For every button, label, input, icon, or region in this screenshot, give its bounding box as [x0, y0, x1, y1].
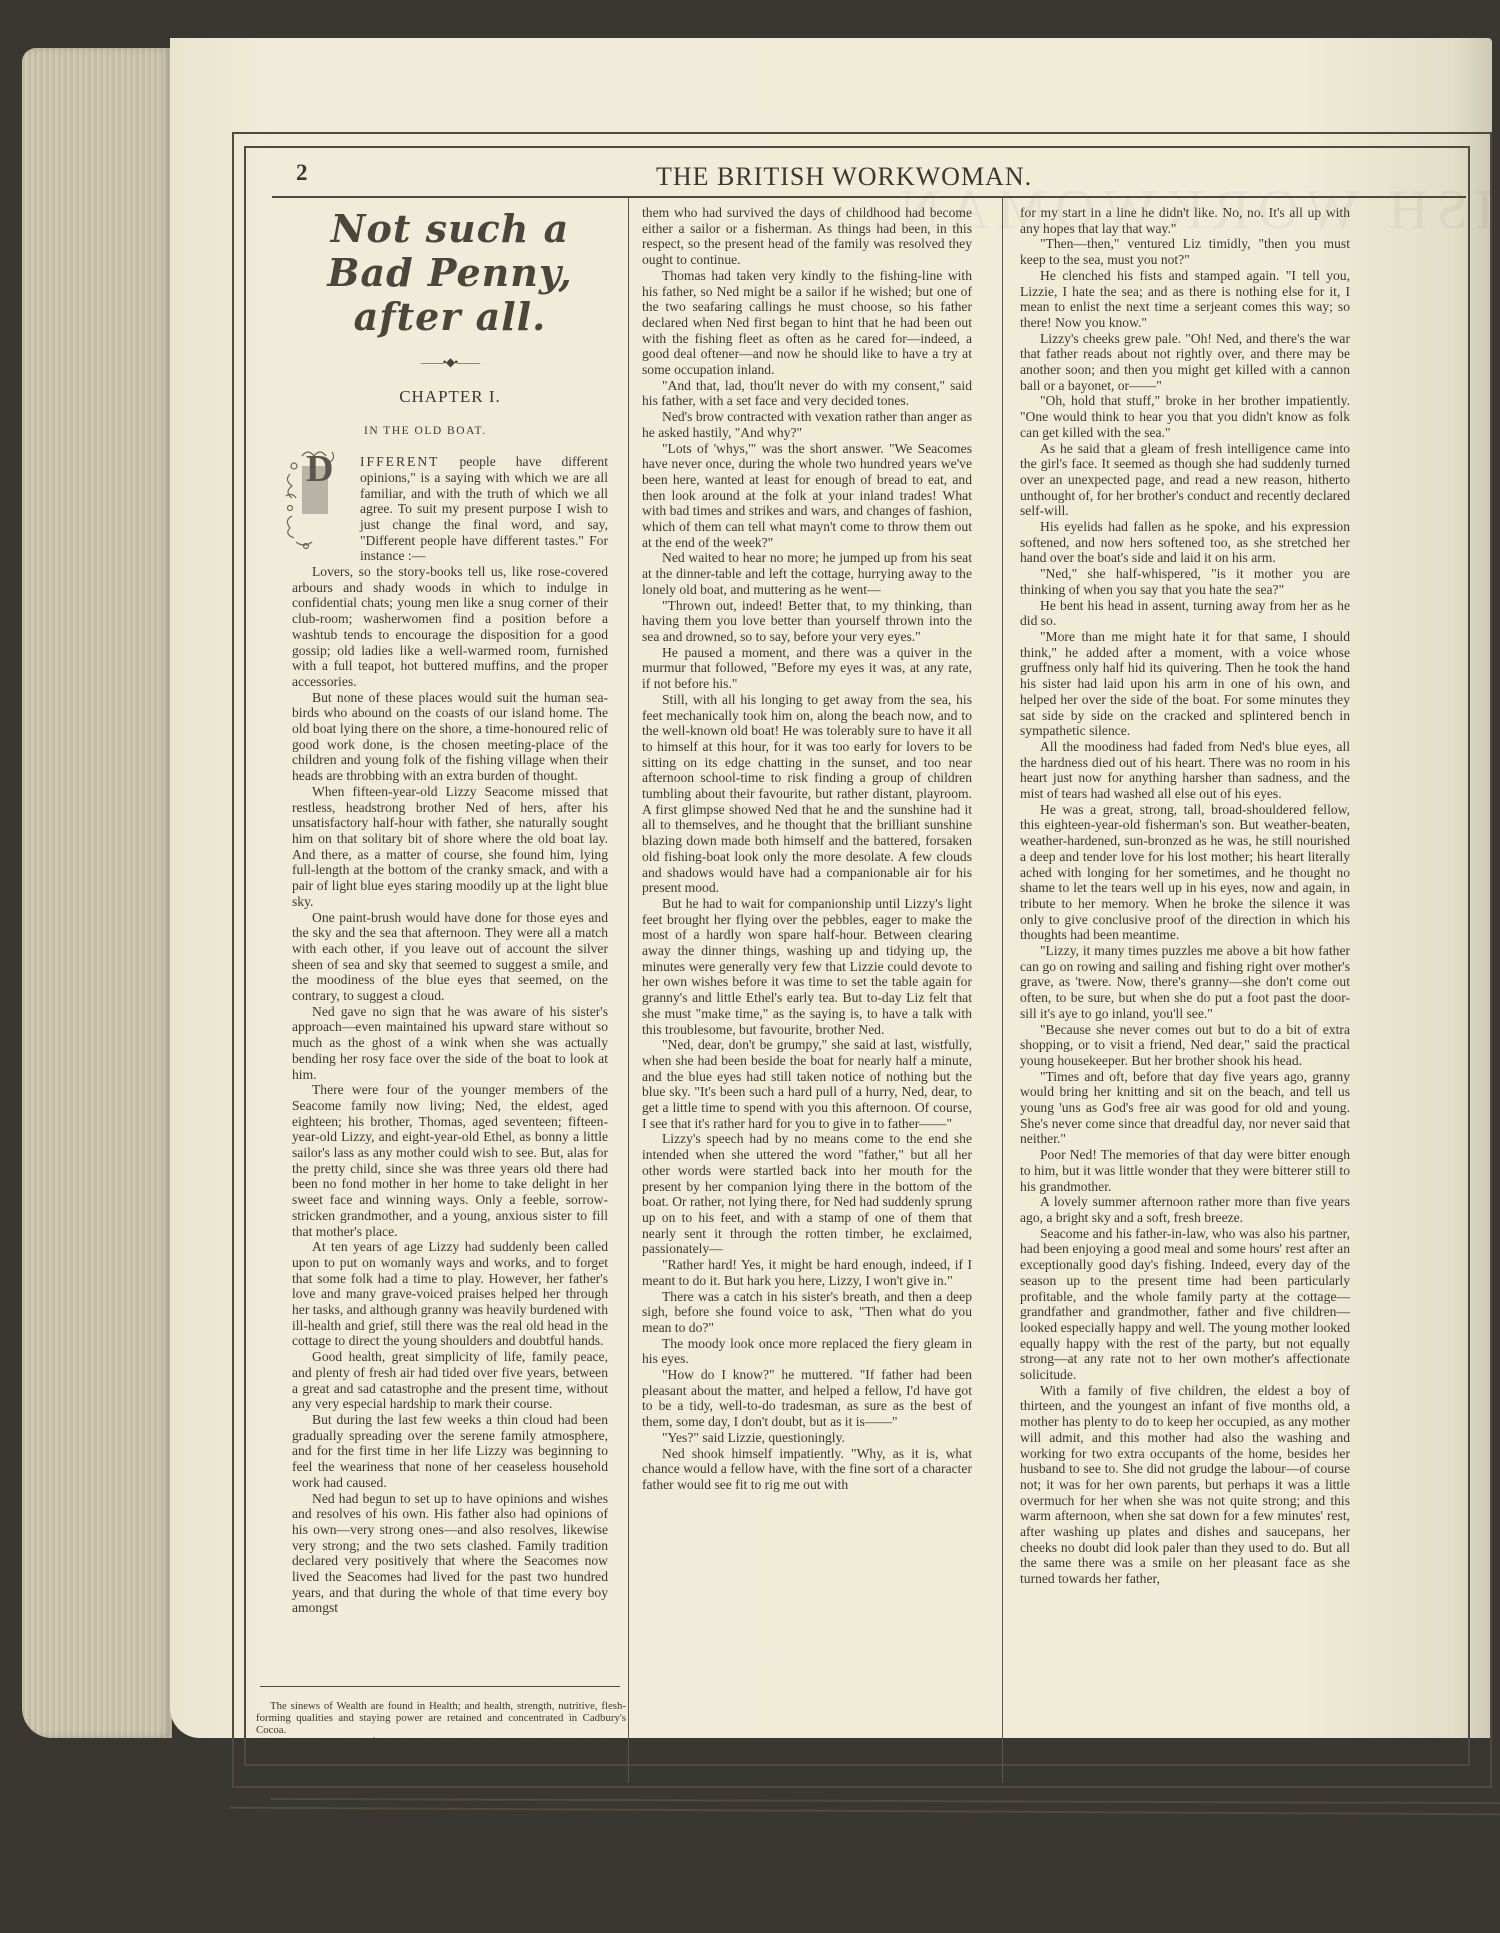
dropcap-letter: D	[306, 462, 333, 478]
paragraph: But none of these places would suit the …	[292, 690, 608, 784]
story-title: Not such a Bad Penny, after all.	[292, 207, 608, 339]
paragraph: Lizzy's speech had by no means come to t…	[642, 1131, 972, 1257]
chapter-heading: CHAPTER I.	[292, 389, 608, 405]
paragraph: Seacome and his father-in-law, who was a…	[1020, 1226, 1350, 1383]
paragraph: He bent his head in assent, turning away…	[1020, 598, 1350, 629]
paragraph: At ten years of age Lizzy had suddenly b…	[292, 1239, 608, 1349]
column-divider	[628, 198, 629, 1783]
paragraph: When fifteen-year-old Lizzy Seacome miss…	[292, 784, 608, 910]
paragraph: Ned gave no sign that he was aware of hi…	[292, 1004, 608, 1083]
paragraph: "Yes?" said Lizzie, questioningly.	[642, 1430, 972, 1446]
paragraph: Ned waited to hear no more; he jumped up…	[642, 550, 972, 597]
paragraph: "Lizzy, it many times puzzles me above a…	[1020, 943, 1350, 1022]
paragraph: Thomas had taken very kindly to the fish…	[642, 268, 972, 378]
first-words: IFFERENT	[360, 454, 439, 469]
paragraph: "Thrown out, indeed! Better that, to my …	[642, 598, 972, 645]
paragraph: One paint-brush would have done for thos…	[292, 910, 608, 1004]
story-title-line1: Not such a Bad Penny,	[292, 207, 608, 295]
advert-paragraph: The sinews of Wealth are found in Health…	[256, 1700, 626, 1736]
paragraph: "Ned, dear, don't be grumpy," she said a…	[642, 1037, 972, 1131]
paragraph: But he had to wait for companionship unt…	[642, 896, 972, 1037]
paragraph: As he said that a gleam of fresh intelli…	[1020, 441, 1350, 520]
story-title-line2: after all.	[292, 295, 608, 339]
paragraph: He paused a moment, and there was a quiv…	[642, 645, 972, 692]
paragraph: Lovers, so the story-books tell us, like…	[292, 564, 608, 690]
column-divider	[1002, 198, 1003, 1783]
paragraph: for my start in a line he didn't like. N…	[1020, 205, 1350, 236]
paragraph: Still, with all his longing to get away …	[642, 692, 972, 896]
cocoa-advertisement: The sinews of Wealth are found in Health…	[256, 1700, 626, 1760]
paragraph: There was a catch in his sister's breath…	[642, 1289, 972, 1336]
paragraph: "And that, lad, thou'lt never do with my…	[642, 378, 972, 409]
paragraph: All the moodiness had faded from Ned's b…	[1020, 739, 1350, 802]
paragraph: He was a great, strong, tall, broad-shou…	[1020, 802, 1350, 943]
paragraph: Ned shook himself impatiently. "Why, as …	[642, 1446, 972, 1493]
paragraph: Ned had begun to set up to have opinions…	[292, 1491, 608, 1617]
header-rule	[272, 196, 1466, 198]
footer-rule	[270, 1798, 1500, 1804]
paragraph: "Times and oft, before that day five yea…	[1020, 1069, 1350, 1148]
advert-rule	[260, 1686, 620, 1687]
column-1: Not such a Bad Penny, after all. ——•◆•——…	[292, 205, 608, 1616]
paragraph: them who had survived the days of childh…	[642, 205, 972, 268]
running-header: 2 THE BRITISH WORKWOMAN.	[296, 160, 1446, 196]
column-3: for my start in a line he didn't like. N…	[1020, 205, 1350, 1587]
ornamental-dropcap-icon: D	[282, 446, 354, 556]
paragraph: His eyelids had fallen as he spoke, and …	[1020, 519, 1350, 566]
paragraph: "Rather hard! Yes, it might be hard enou…	[642, 1257, 972, 1288]
paragraph: There were four of the younger members o…	[292, 1082, 608, 1239]
paragraph: Good health, great simplicity of life, f…	[292, 1349, 608, 1412]
column-2: them who had survived the days of childh…	[642, 205, 972, 1493]
footer-rule	[230, 1807, 1500, 1816]
paragraph: "Ned," she half-whispered, "is it mother…	[1020, 566, 1350, 597]
paragraph: He clenched his fists and stamped again.…	[1020, 268, 1350, 331]
paragraph: "More than me might hate it for that sam…	[1020, 629, 1350, 739]
paragraph: "Lots of 'whys,'" was the short answer. …	[642, 441, 972, 551]
paragraph: Poor Ned! The memories of that day were …	[1020, 1147, 1350, 1194]
paragraph-text: people have different opinions," is a sa…	[360, 454, 608, 563]
paragraph: Lizzy's cheeks grew pale. "Oh! Ned, and …	[1020, 331, 1350, 394]
paragraph: The moody look once more replaced the fi…	[642, 1336, 972, 1367]
ornament-divider: ——•◆•——	[292, 355, 608, 371]
page-number: 2	[296, 160, 308, 186]
paragraph: "How do I know?" he muttered. "If father…	[642, 1367, 972, 1430]
paragraph: But during the last few weeks a thin clo…	[292, 1412, 608, 1491]
paragraph: A lovely summer afternoon rather more th…	[1020, 1194, 1350, 1225]
paragraph: "Because she never comes out but to do a…	[1020, 1022, 1350, 1069]
paragraph: "Oh, hold that stuff," broke in her brot…	[1020, 393, 1350, 440]
paragraph: "Then—then," ventured Liz timidly, "then…	[1020, 236, 1350, 267]
opening-paragraph: D IFFERENT people have different opinion…	[292, 454, 608, 564]
paragraph: With a family of five children, the elde…	[1020, 1383, 1350, 1587]
section-heading: IN THE OLD BOAT.	[364, 424, 608, 440]
advert-paragraph: For a sustaining, comforting, and nouris…	[256, 1736, 626, 1760]
book-page-edges	[22, 48, 172, 1738]
journal-title: THE BRITISH WORKWOMAN.	[656, 162, 1032, 192]
paragraph: Ned's brow contracted with vexation rath…	[642, 409, 972, 440]
